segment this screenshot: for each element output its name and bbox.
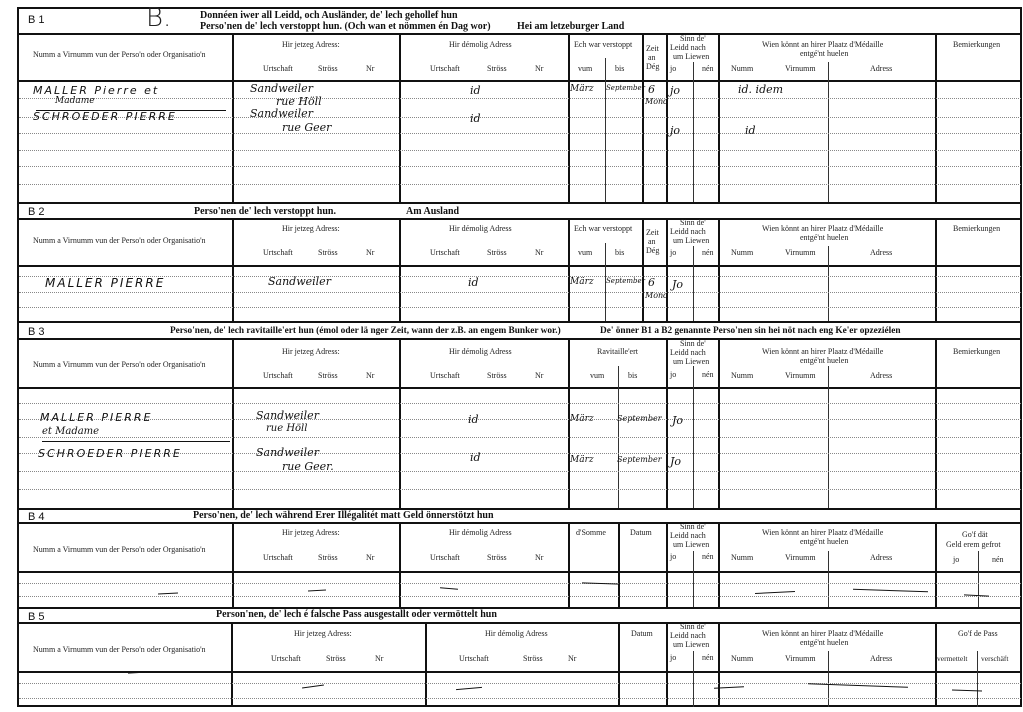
entry-alive[interactable]: jo bbox=[670, 124, 680, 137]
entry-medal-name[interactable]: id. idem bbox=[738, 83, 783, 96]
nr-header: Nr bbox=[535, 248, 543, 257]
section-id: B 1 bbox=[28, 14, 45, 26]
nr-header: Nr bbox=[568, 654, 576, 663]
vum-header: vum bbox=[590, 371, 604, 380]
medal-header-2: entgé'nt huelen bbox=[800, 233, 848, 242]
entry-current-address-2[interactable]: rue Geer bbox=[282, 121, 331, 134]
vermettelt-header: vermettelt bbox=[937, 654, 967, 663]
medal-header: Wien könnt an hirer Plaatz d'Médaille bbox=[762, 347, 883, 356]
name-col-header: Numm a Virnumm vun der Perso'n oder Orga… bbox=[33, 360, 206, 369]
section-title-line2: Perso'nen de' lech verstoppt hun. (Och w… bbox=[200, 21, 491, 32]
stross-header: Ströss bbox=[487, 371, 507, 380]
name-col-header: Numm a Virnumm vun der Perso'n oder Orga… bbox=[33, 645, 206, 654]
alive-header-2: Leidd nach bbox=[670, 348, 706, 357]
entry-vum[interactable]: März bbox=[570, 277, 594, 287]
numm-header: Numm bbox=[731, 248, 753, 257]
urtschaft-header: Urtschaft bbox=[430, 371, 460, 380]
medal-header-2: entgé'nt huelen bbox=[800, 356, 848, 365]
former-address-header: Hir démolig Adress bbox=[449, 528, 512, 537]
alive-header: Sinn de' bbox=[680, 34, 706, 43]
adress-header: Adress bbox=[870, 654, 892, 663]
remarks-header: Bemierkungen bbox=[953, 224, 1000, 233]
numm-header: Numm bbox=[731, 654, 753, 663]
entry-days[interactable]: 6 bbox=[648, 276, 655, 289]
stross-header: Ströss bbox=[318, 248, 338, 257]
current-address-header: Hir jetzeg Adress: bbox=[294, 629, 352, 638]
section-id: B 3 bbox=[28, 326, 45, 338]
entry-current-address[interactable]: Sandweiler bbox=[250, 107, 313, 120]
numm-header: Numm bbox=[731, 553, 753, 562]
former-address-header: Hir démolig Adress bbox=[449, 224, 512, 233]
time-header-2: an bbox=[648, 53, 656, 62]
stross-header: Ströss bbox=[523, 654, 543, 663]
entry-name-2[interactable]: Madame bbox=[55, 96, 95, 106]
section-title: Person'nen, de' lech é falsche Pass ausg… bbox=[216, 609, 497, 620]
nen-header: nén bbox=[992, 555, 1004, 564]
nr-header: Nr bbox=[535, 64, 543, 73]
medal-header-2: entgé'nt huelen bbox=[800, 49, 848, 58]
medal-header: Wien könnt an hirer Plaatz d'Médaille bbox=[762, 528, 883, 537]
urtschaft-header: Urtschaft bbox=[430, 248, 460, 257]
alive-header: Sinn de' bbox=[680, 339, 706, 348]
nen-header: nén bbox=[702, 64, 714, 73]
virnumm-header: Virnumm bbox=[785, 553, 816, 562]
name-col-header: Numm a Virnumm vun der Perso'n oder Orga… bbox=[33, 50, 206, 59]
urtschaft-header: Urtschaft bbox=[271, 654, 301, 663]
vum-header: vum bbox=[578, 248, 592, 257]
remarks-header: Bemierkungen bbox=[953, 347, 1000, 356]
alive-header-3: um Liewen bbox=[673, 52, 709, 61]
alive-header-2: Leidd nach bbox=[670, 531, 706, 540]
urtschaft-header: Urtschaft bbox=[263, 248, 293, 257]
entry-alive[interactable]: Jo bbox=[670, 455, 681, 468]
section-title-extra: Hei am letzeburger Land bbox=[517, 21, 624, 32]
jo-header: jo bbox=[670, 64, 676, 73]
entry-current-address-2[interactable]: rue Höll bbox=[266, 423, 307, 434]
section-title-extra: De' önner B1 a B2 genannte Perso'nen sin… bbox=[600, 326, 901, 336]
pass-header: Go'f de Pass bbox=[958, 629, 998, 638]
adress-header: Adress bbox=[870, 553, 892, 562]
stross-header: Ströss bbox=[487, 64, 507, 73]
entry-alive[interactable]: jo bbox=[670, 84, 680, 97]
nen-header: nén bbox=[702, 248, 714, 257]
entry-days[interactable]: 6 bbox=[648, 83, 655, 96]
current-address-header: Hir jetzeg Adress: bbox=[282, 40, 340, 49]
jo-header: jo bbox=[670, 370, 676, 379]
entry-current-address[interactable]: Sandweiler bbox=[256, 409, 319, 422]
alive-header-3: um Liewen bbox=[673, 640, 709, 649]
nen-header: nén bbox=[702, 653, 714, 662]
adress-header: Adress bbox=[870, 248, 892, 257]
medal-header: Wien könnt an hirer Plaatz d'Médaille bbox=[762, 629, 883, 638]
time-header-3: Dég bbox=[646, 246, 659, 255]
entry-current-address-2[interactable]: rue Geer. bbox=[282, 460, 334, 473]
nen-header: nén bbox=[702, 370, 714, 379]
virnumm-header: Virnumm bbox=[785, 64, 816, 73]
entry-name[interactable]: SCHROEDER PIERRE bbox=[38, 447, 182, 460]
nr-header: Nr bbox=[366, 64, 374, 73]
date-header: Datum bbox=[631, 629, 653, 638]
urtschaft-header: Urtschaft bbox=[430, 553, 460, 562]
alive-header: Sinn de' bbox=[680, 622, 706, 631]
virnumm-header: Virnumm bbox=[785, 371, 816, 380]
alive-header-3: um Liewen bbox=[673, 357, 709, 366]
jo-header: jo bbox=[670, 653, 676, 662]
entry-name-2[interactable]: et Madame bbox=[42, 426, 99, 437]
nr-header: Nr bbox=[366, 553, 374, 562]
nr-header: Nr bbox=[535, 371, 543, 380]
current-address-header: Hir jetzeg Adress: bbox=[282, 528, 340, 537]
nr-header: Nr bbox=[535, 553, 543, 562]
section-title-extra: Am Ausland bbox=[406, 206, 459, 217]
bis-header: bis bbox=[615, 248, 624, 257]
alive-header-2: Leidd nach bbox=[670, 631, 706, 640]
entry-days-2[interactable]: Mond bbox=[645, 97, 668, 106]
stross-header: Ströss bbox=[487, 248, 507, 257]
entry-former-address[interactable]: id bbox=[470, 84, 481, 97]
entry-name[interactable]: MALLER PIERRE bbox=[45, 276, 165, 290]
medal-header-2: entgé'nt huelen bbox=[800, 638, 848, 647]
entry-bis[interactable]: September bbox=[617, 455, 662, 464]
name-col-header: Numm a Virnumm vun der Perso'n oder Orga… bbox=[33, 545, 206, 554]
section-title: Perso'nen, de' lech ravitaille'ert hun (… bbox=[170, 326, 561, 336]
section-id: B 2 bbox=[28, 206, 45, 218]
stross-header: Ströss bbox=[487, 553, 507, 562]
alive-header-2: Leidd nach bbox=[670, 227, 706, 236]
time-header-2: an bbox=[648, 237, 656, 246]
entry-current-address[interactable]: Sandweiler bbox=[268, 275, 331, 288]
alive-header-3: um Liewen bbox=[673, 236, 709, 245]
entry-former-address[interactable]: id bbox=[468, 413, 479, 426]
entry-alive[interactable]: Jo bbox=[672, 278, 683, 291]
stross-header: Ströss bbox=[318, 64, 338, 73]
entry-current-address[interactable]: Sandweiler bbox=[250, 82, 313, 95]
medal-header: Wien könnt an hirer Plaatz d'Médaille bbox=[762, 40, 883, 49]
section-title: Perso'nen de' lech verstoppt hun. bbox=[194, 206, 336, 217]
hid-header: Ech war verstoppt bbox=[574, 224, 632, 233]
urtschaft-header: Urtschaft bbox=[263, 553, 293, 562]
virnumm-header: Virnumm bbox=[785, 248, 816, 257]
entry-former-address[interactable]: id bbox=[470, 112, 481, 125]
entry-vum[interactable]: März bbox=[570, 84, 594, 94]
remarks-header: Bemierkungen bbox=[953, 40, 1000, 49]
urtschaft-header: Urtschaft bbox=[263, 64, 293, 73]
time-header: Zeit bbox=[646, 44, 659, 53]
alive-header: Sinn de' bbox=[680, 522, 706, 531]
entry-vum[interactable]: März bbox=[570, 414, 594, 424]
vum-header: vum bbox=[578, 64, 592, 73]
medal-header: Wien könnt an hirer Plaatz d'Médaille bbox=[762, 224, 883, 233]
urtschaft-header: Urtschaft bbox=[459, 654, 489, 663]
virnumm-header: Virnumm bbox=[785, 654, 816, 663]
supplied-header: Ravitaille'ert bbox=[597, 347, 638, 356]
bis-header: bis bbox=[628, 371, 637, 380]
jo-header: jo bbox=[953, 555, 959, 564]
section-title: Perso'nen, de' lech während Erer Illégal… bbox=[193, 510, 494, 521]
returned-header: Go'f dät bbox=[962, 530, 988, 539]
numm-header: Numm bbox=[731, 64, 753, 73]
numm-header: Numm bbox=[731, 371, 753, 380]
stross-header: Ströss bbox=[318, 371, 338, 380]
entry-name[interactable]: SCHROEDER PIERRE bbox=[33, 110, 177, 123]
entry-bis[interactable]: September bbox=[606, 277, 645, 285]
urtschaft-header: Urtschaft bbox=[430, 64, 460, 73]
nr-header: Nr bbox=[366, 248, 374, 257]
time-header: Zeit bbox=[646, 228, 659, 237]
bis-header: bis bbox=[615, 64, 624, 73]
time-header-3: Dég bbox=[646, 62, 659, 71]
jo-header: jo bbox=[670, 248, 676, 257]
entry-days-2[interactable]: Mond bbox=[645, 291, 668, 300]
section-title: Donnéen iwer all Leidd, och Ausländer, d… bbox=[200, 10, 458, 21]
returned-header-2: Geld erem gefrot bbox=[946, 540, 1001, 549]
entry-medal-name[interactable]: id bbox=[745, 124, 756, 137]
adress-header: Adress bbox=[870, 64, 892, 73]
stross-header: Ströss bbox=[326, 654, 346, 663]
alive-header-3: um Liewen bbox=[673, 540, 709, 549]
adress-header: Adress bbox=[870, 371, 892, 380]
former-address-header: Hir démolig Adress bbox=[485, 629, 548, 638]
medal-header-2: entgé'nt huelen bbox=[800, 537, 848, 546]
form-letter: B. bbox=[146, 3, 171, 33]
nr-header: Nr bbox=[375, 654, 383, 663]
entry-alive[interactable]: Jo bbox=[672, 414, 683, 427]
alive-header-2: Leidd nach bbox=[670, 43, 706, 52]
sum-header: d'Somme bbox=[576, 528, 606, 537]
current-address-header: Hir jetzeg Adress: bbox=[282, 224, 340, 233]
entry-former-address[interactable]: id bbox=[468, 276, 479, 289]
entry-name[interactable]: MALLER Pierre et bbox=[33, 84, 159, 97]
nr-header: Nr bbox=[366, 371, 374, 380]
entry-former-address[interactable]: id bbox=[470, 451, 481, 464]
name-col-header: Numm a Virnumm vun der Perso'n oder Orga… bbox=[33, 236, 206, 245]
date-header: Datum bbox=[630, 528, 652, 537]
former-address-header: Hir démolig Adress bbox=[449, 347, 512, 356]
current-address-header: Hir jetzeg Adress: bbox=[282, 347, 340, 356]
hid-header: Ech war verstoppt bbox=[574, 40, 632, 49]
alive-header: Sinn de' bbox=[680, 218, 706, 227]
entry-current-address[interactable]: Sandweiler bbox=[256, 446, 319, 459]
stross-header: Ströss bbox=[318, 553, 338, 562]
entry-bis[interactable]: September bbox=[617, 414, 662, 423]
jo-header: jo bbox=[670, 552, 676, 561]
entry-bis[interactable]: September bbox=[606, 84, 645, 92]
urtschaft-header: Urtschaft bbox=[263, 371, 293, 380]
nen-header: nén bbox=[702, 552, 714, 561]
verschaft-header: verschäft bbox=[981, 654, 1008, 663]
former-address-header: Hir démolig Adress bbox=[449, 40, 512, 49]
entry-name[interactable]: MALLER PIERRE bbox=[40, 411, 152, 424]
entry-vum[interactable]: März bbox=[570, 455, 594, 465]
